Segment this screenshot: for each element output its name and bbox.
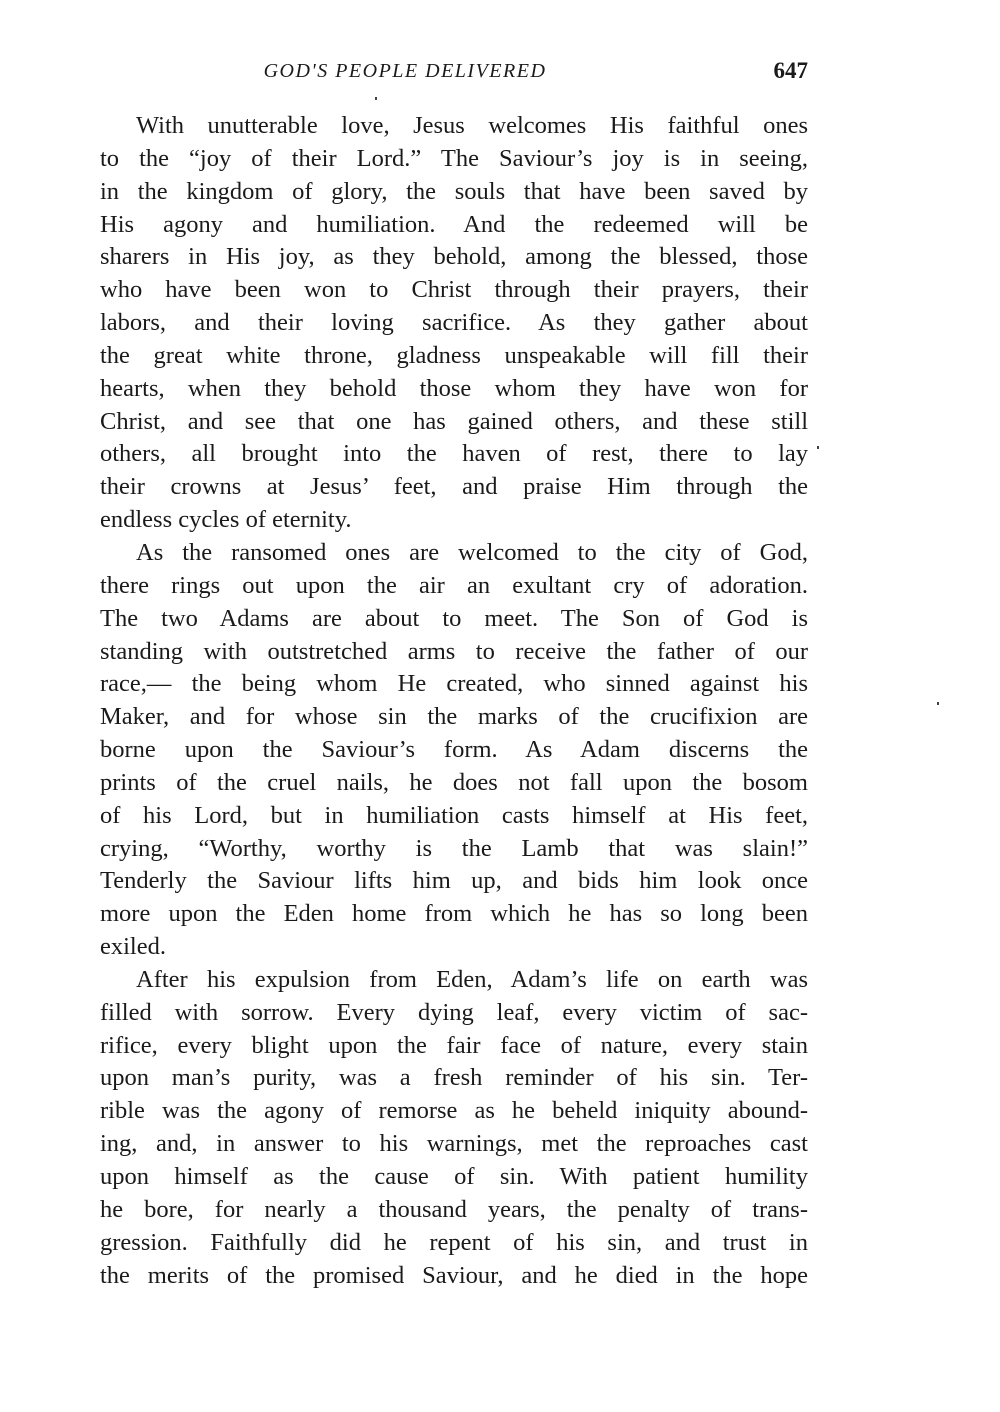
text-line: exiled. [100, 931, 808, 964]
text-line: filled with sorrow. Every dying leaf, ev… [100, 997, 808, 1030]
body-text: With unutterable love, Jesus welcomes Hi… [100, 110, 808, 1292]
text-line: gression. Faithfully did he repent of hi… [100, 1227, 808, 1260]
text-line: upon man’s purity, was a fresh reminder … [100, 1062, 808, 1095]
paragraph-2: As the ransomed ones are welcomed to the… [100, 537, 808, 964]
text-line: the great white throne, gladness unspeak… [100, 340, 808, 373]
text-line: to the “joy of their Lord.” The Saviour’… [100, 143, 808, 176]
text-line: After his expulsion from Eden, Adam’s li… [100, 964, 808, 997]
text-line: the merits of the promised Saviour, and … [100, 1260, 808, 1293]
running-head: GOD'S PEOPLE DELIVERED 647 [100, 58, 808, 90]
book-page: GOD'S PEOPLE DELIVERED 647 With unuttera… [0, 0, 1000, 1412]
text-line: The two Adams are about to meet. The Son… [100, 603, 808, 636]
text-line: race,— the being whom He created, who si… [100, 668, 808, 701]
text-line: prints of the cruel nails, he does not f… [100, 767, 808, 800]
text-line: Maker, and for whose sin the marks of th… [100, 701, 808, 734]
text-line: Tenderly the Saviour lifts him up, and b… [100, 865, 808, 898]
text-line: of his Lord, but in humiliation casts hi… [100, 800, 808, 833]
text-line: crying, “Worthy, worthy is the Lamb that… [100, 833, 808, 866]
page-number: 647 [774, 58, 809, 84]
paragraph-1: With unutterable love, Jesus welcomes Hi… [100, 110, 808, 537]
text-line: With unutterable love, Jesus welcomes Hi… [100, 110, 808, 143]
scan-speck [817, 446, 819, 449]
running-title: GOD'S PEOPLE DELIVERED [100, 60, 710, 83]
text-line: upon himself as the cause of sin. With p… [100, 1161, 808, 1194]
text-line: he bore, for nearly a thousand years, th… [100, 1194, 808, 1227]
text-line: ing, and, in answer to his warnings, met… [100, 1128, 808, 1161]
text-line: endless cycles of eternity. [100, 504, 808, 537]
text-line: rifice, every blight upon the fair face … [100, 1030, 808, 1063]
text-line: sharers in His joy, as they behold, amon… [100, 241, 808, 274]
text-line: rible was the agony of remorse as he beh… [100, 1095, 808, 1128]
text-line: there rings out upon the air an exultant… [100, 570, 808, 603]
scan-speck [375, 97, 377, 100]
text-line: others, all brought into the haven of re… [100, 438, 808, 471]
text-line: hearts, when they behold those whom they… [100, 373, 808, 406]
text-line: borne upon the Saviour’s form. As Adam d… [100, 734, 808, 767]
text-line: Christ, and see that one has gained othe… [100, 406, 808, 439]
text-line: in the kingdom of glory, the souls that … [100, 176, 808, 209]
scan-speck [937, 702, 939, 705]
text-line: more upon the Eden home from which he ha… [100, 898, 808, 931]
text-line: His agony and humiliation. And the redee… [100, 209, 808, 242]
text-line: who have been won to Christ through thei… [100, 274, 808, 307]
text-line: As the ransomed ones are welcomed to the… [100, 537, 808, 570]
text-line: their crowns at Jesus’ feet, and praise … [100, 471, 808, 504]
paragraph-3: After his expulsion from Eden, Adam’s li… [100, 964, 808, 1292]
text-line: standing with outstretched arms to recei… [100, 636, 808, 669]
text-line: labors, and their loving sacrifice. As t… [100, 307, 808, 340]
